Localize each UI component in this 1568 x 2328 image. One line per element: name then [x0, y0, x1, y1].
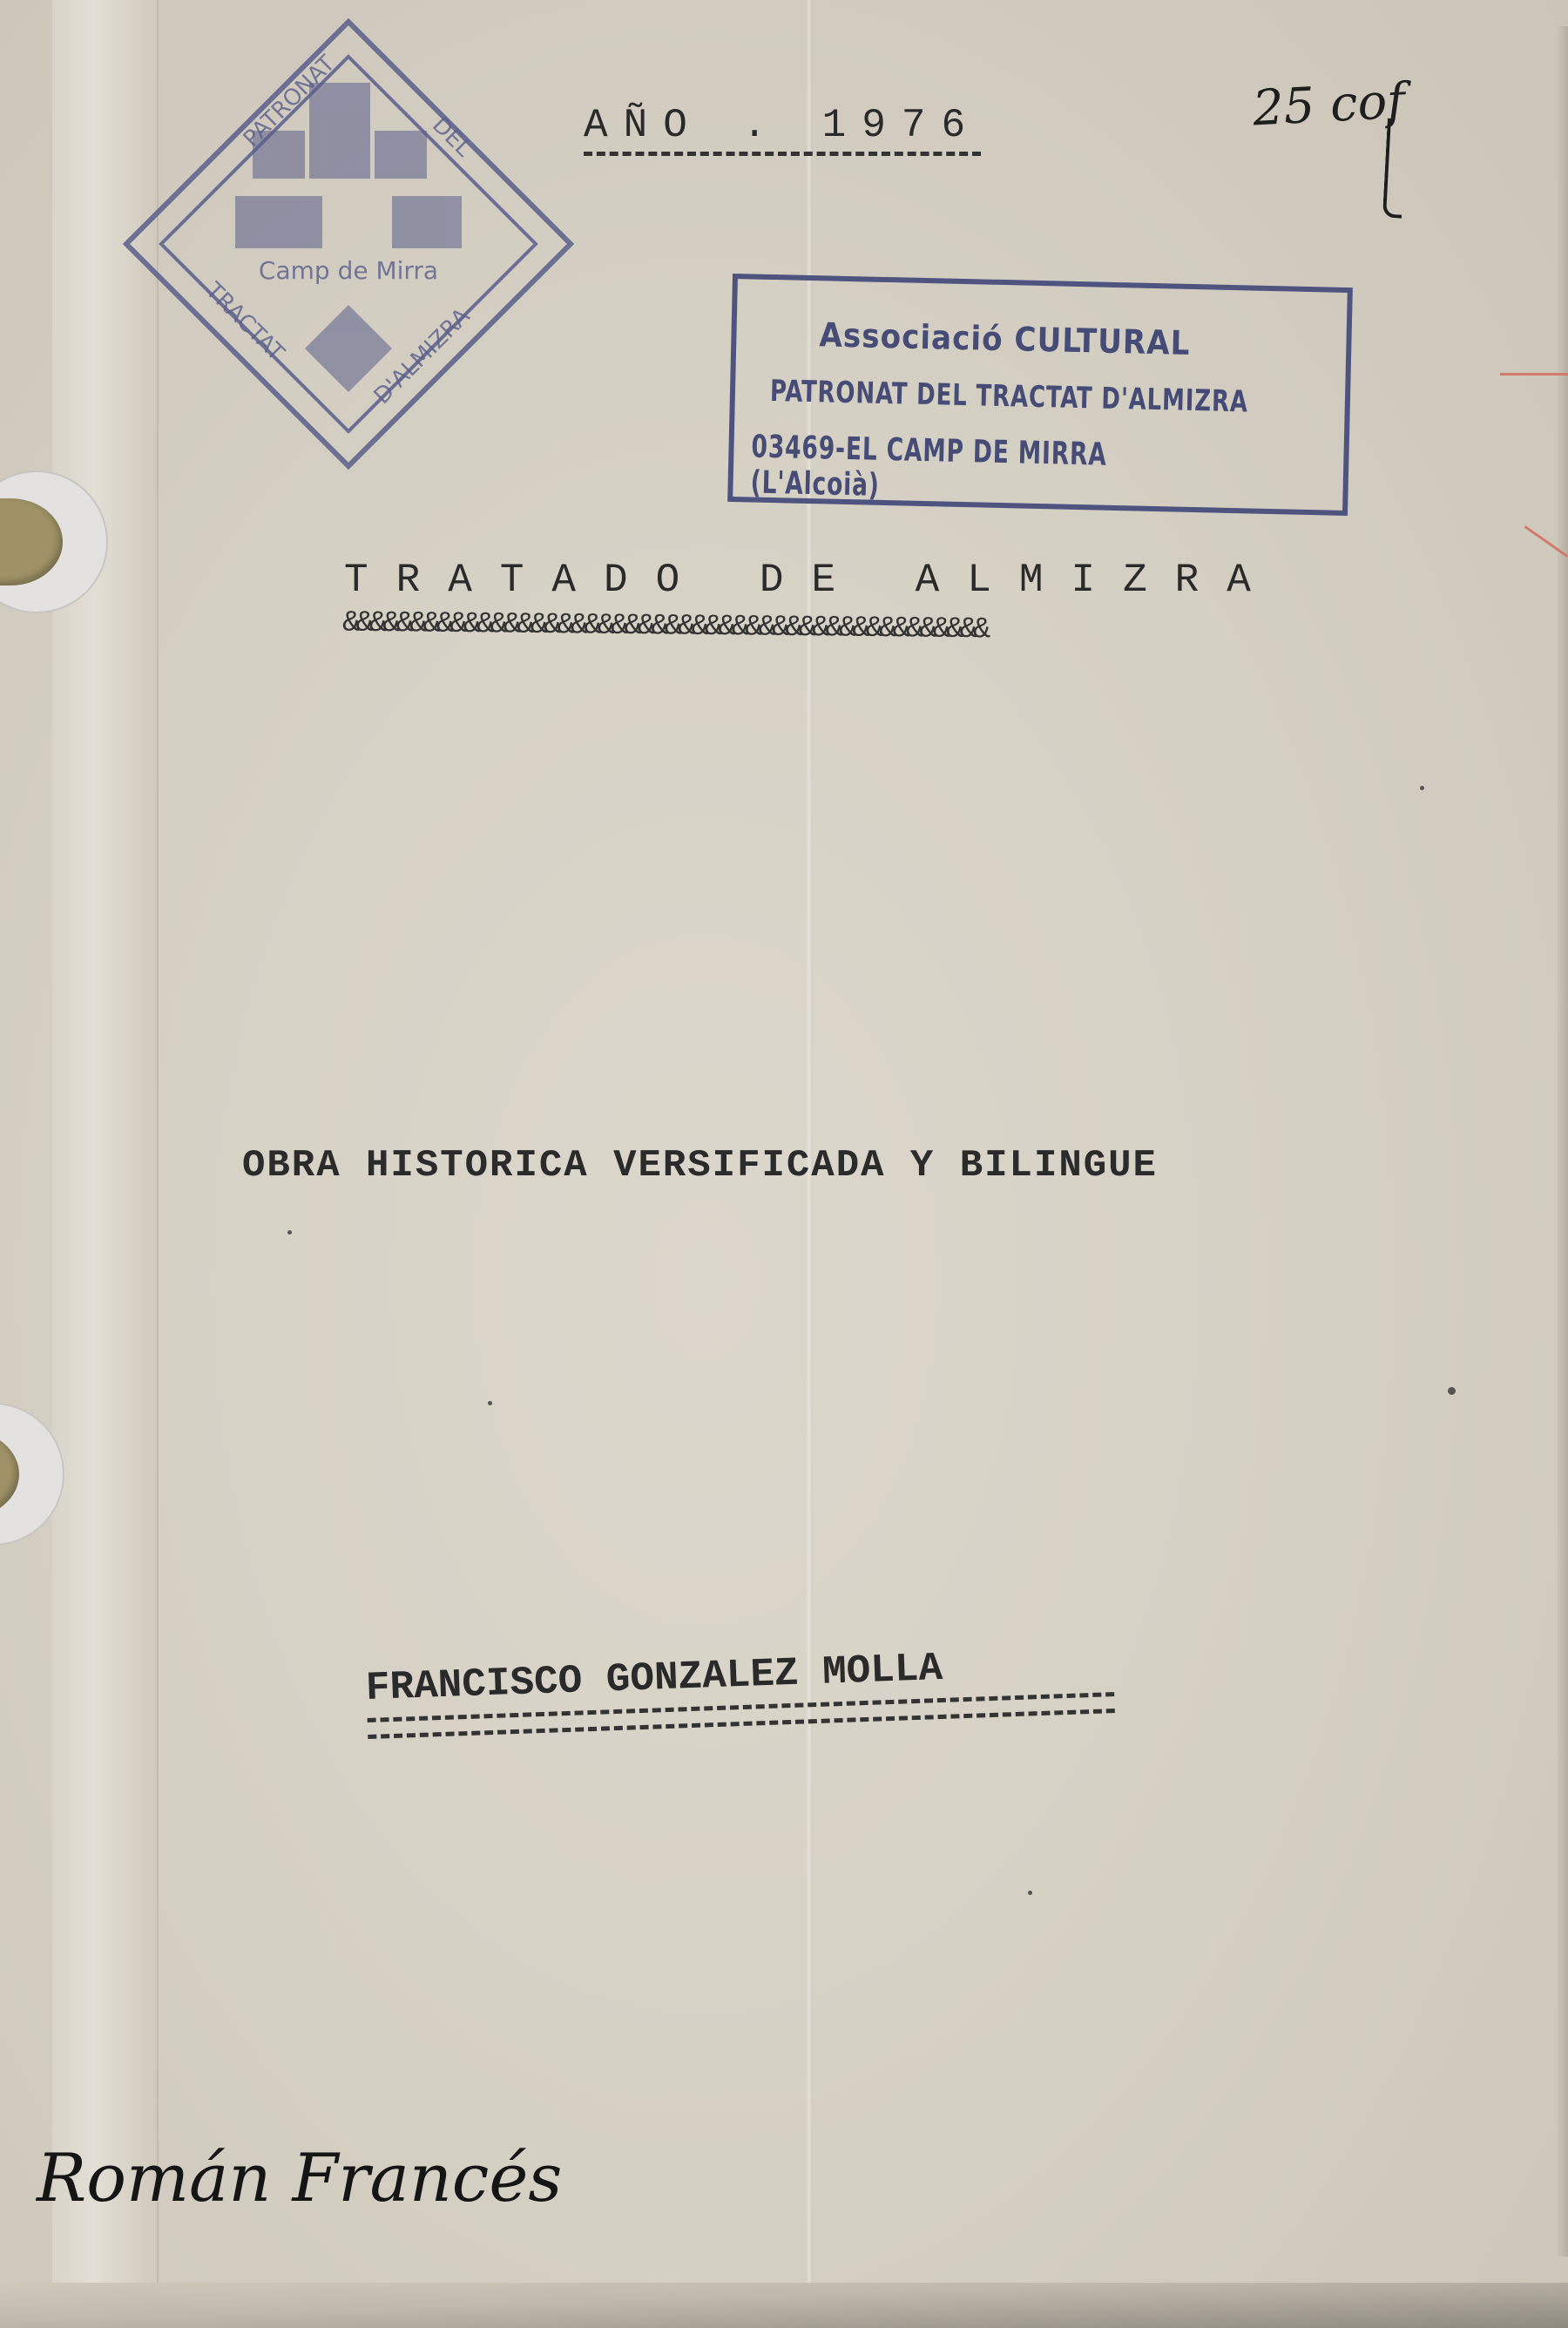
ink-speck: [1420, 786, 1424, 790]
stamp-line-1: Associació CULTURAL: [819, 315, 1191, 362]
handwritten-signature: Román Francés: [37, 2139, 562, 2216]
year-label: AÑO . 1976: [584, 103, 981, 156]
handwritten-note-text: 25 cof: [1251, 72, 1406, 137]
rectangular-stamp: Associació CULTURAL PATRONAT DEL TRACTAT…: [727, 274, 1353, 516]
ink-speck: [287, 1230, 292, 1235]
stamp-line-3: 03469-EL CAMP DE MIRRA (L'Alcoià): [750, 430, 1237, 512]
svg-text:TRACTAT: TRACTAT: [199, 277, 289, 367]
diamond-stamp: Camp de Mirra PATRONAT DEL TRACTAT D'ALM…: [122, 17, 575, 470]
ink-speck: [1028, 1891, 1032, 1895]
paper-edge: [1558, 26, 1568, 2257]
ink-speck: [488, 1401, 492, 1405]
stamp-line-2: PATRONAT DEL TRACTAT D'ALMIZRA: [770, 374, 1249, 419]
svg-text:Camp de Mirra: Camp de Mirra: [259, 256, 438, 285]
paper-bottom-edge: [0, 2283, 1568, 2328]
ink-speck: [1448, 1387, 1456, 1395]
svg-text:DEL: DEL: [427, 112, 477, 163]
binder-clip-icon: [0, 498, 63, 585]
document-title: TRATADO DE ALMIZRA: [344, 558, 1279, 603]
coat-of-arms-icon: Camp de Mirra PATRONAT DEL TRACTAT D'ALM…: [122, 17, 575, 470]
handwritten-note: 25 cof: [1251, 72, 1406, 137]
red-pencil-mark: [1500, 373, 1568, 376]
document-subtitle: OBRA HISTORICA VERSIFICADA Y BILINGUE: [242, 1144, 1158, 1188]
binder-clip-icon: [0, 1431, 19, 1518]
